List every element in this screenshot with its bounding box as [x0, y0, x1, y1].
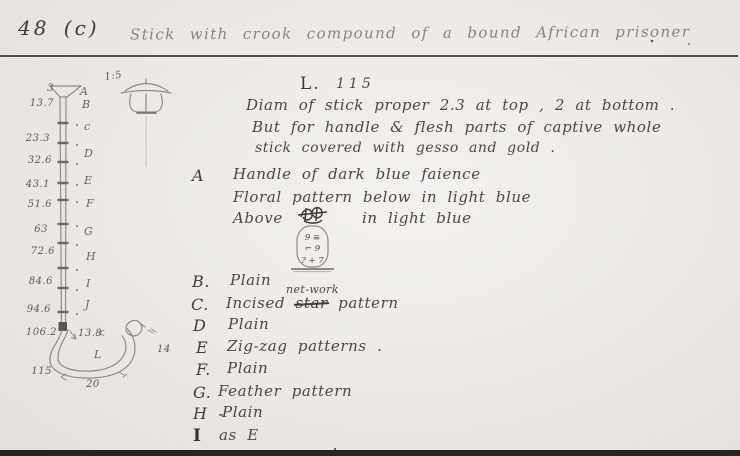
measure-1: 13.7	[30, 98, 54, 109]
section-a-line1: Handle of dark blue faience	[233, 165, 481, 183]
measure-4: 43.1	[25, 179, 50, 190]
stick-letter-I: I	[85, 277, 91, 290]
measure-5: 51.6	[28, 199, 52, 210]
dim-chevron-14	[148, 329, 156, 333]
item-e-letter: E	[196, 338, 208, 357]
item-i-text: as E	[219, 426, 259, 444]
gesso-note-line1: But for handle & flesh parts of captive …	[252, 118, 661, 136]
stick-letter-D: D	[83, 147, 93, 160]
stick-left-edge	[60, 97, 62, 330]
length-heading-letter: L.	[300, 74, 321, 94]
item-b-text: Plain	[230, 271, 271, 289]
measurement-labels: 3 13.7 23.3 32.6 43.1 51.6 63 72.6 84.6 …	[25, 83, 57, 377]
measure-10: 106.2	[26, 327, 57, 338]
scan-edge-bar	[0, 450, 740, 456]
dim-arrow-13-8	[70, 331, 76, 339]
header-rule	[0, 55, 738, 57]
item-c-letter: C.	[191, 295, 209, 314]
item-f-text: Plain	[227, 359, 268, 377]
measure-8: 84.6	[29, 276, 53, 287]
crook-top-width-label: 13.8	[78, 328, 102, 339]
stick-letter-G: G	[84, 225, 93, 238]
stick-letter-C: c	[84, 120, 90, 133]
cartouche-glyph-row-1: 9 ≡	[305, 233, 320, 243]
item-e-text: Zig-zag patterns .	[227, 337, 382, 355]
catalog-page: 9 ≡ ⌐ 9 ? + 7 3 13.7 23.3 32.6 43.1 51.6…	[0, 0, 740, 456]
crook-bottom-width-label: 20	[85, 379, 100, 390]
item-d-letter: D	[193, 316, 206, 335]
item-i-letter: I	[193, 426, 202, 446]
scale-label: 1:5	[104, 70, 123, 83]
division-dots	[76, 124, 78, 315]
length-heading-number: 115	[336, 76, 375, 92]
stick-letter-A: A	[79, 85, 88, 98]
section-a-line2: Floral pattern below in light blue	[233, 188, 531, 206]
item-h-text: Plain	[222, 403, 263, 421]
item-f-letter: F.	[196, 360, 211, 379]
crook-side-label: 14	[157, 344, 171, 355]
dim-chevron-right-bottom	[119, 372, 127, 377]
measure-7: 72.6	[31, 246, 55, 257]
stick-section-letters: A B c D E F G H I J	[79, 85, 96, 311]
item-c-after: pattern	[338, 294, 399, 312]
item-b-letter: B.	[192, 272, 210, 291]
item-c-struck-word: star	[296, 294, 328, 312]
item-d-text: Plain	[228, 315, 269, 333]
stick-letter-E: E	[83, 174, 92, 187]
stick-ferrule	[59, 322, 68, 331]
item-h-letter: H -	[193, 404, 224, 423]
cartouche-glyph-row-3: ? + 7	[301, 256, 324, 266]
stick-letter-H: H	[85, 250, 96, 263]
knob-detail-drawing	[121, 79, 171, 166]
gesso-note-line2: stick covered with gesso and gold .	[255, 140, 555, 156]
stick-top-flare	[50, 86, 81, 97]
diameter-note: Diam of stick proper 2.3 at top , 2 at b…	[246, 96, 675, 114]
section-a-line3-before: Above	[233, 209, 283, 227]
catalog-number: 48 (c)	[18, 16, 100, 40]
section-a-line3-after: in light blue	[362, 209, 472, 227]
crook-inner-label: L	[93, 348, 101, 361]
section-a-letter: A	[192, 166, 204, 185]
page-title: Stick with crook compound of a bound Afr…	[130, 23, 690, 44]
pencil-sketch-layer: 9 ≡ ⌐ 9 ? + 7 3 13.7 23.3 32.6 43.1 51.6…	[0, 0, 740, 456]
measure-3: 32.6	[28, 155, 52, 166]
stick-letter-F: F	[85, 197, 94, 210]
measure-2: 23.3	[25, 133, 50, 144]
stick-letter-J: J	[83, 298, 90, 311]
measure-0: 3	[47, 83, 54, 94]
item-g-letter: G.	[193, 383, 212, 402]
stick-letter-B: B	[81, 98, 90, 111]
item-c-before: Incised	[226, 294, 285, 312]
stick-right-edge	[66, 97, 67, 330]
measure-11: 115	[31, 366, 52, 377]
item-c-text: Incised star pattern	[226, 294, 399, 312]
item-g-text: Feather pattern	[218, 382, 352, 400]
cartouche-glyph-row-2: ⌐ 9	[305, 244, 321, 254]
crossed-out-glyphs-scribble	[298, 207, 327, 223]
measure-9: 94.6	[27, 304, 51, 315]
stick-drawing	[50, 79, 171, 380]
measure-6: 63	[34, 224, 48, 235]
